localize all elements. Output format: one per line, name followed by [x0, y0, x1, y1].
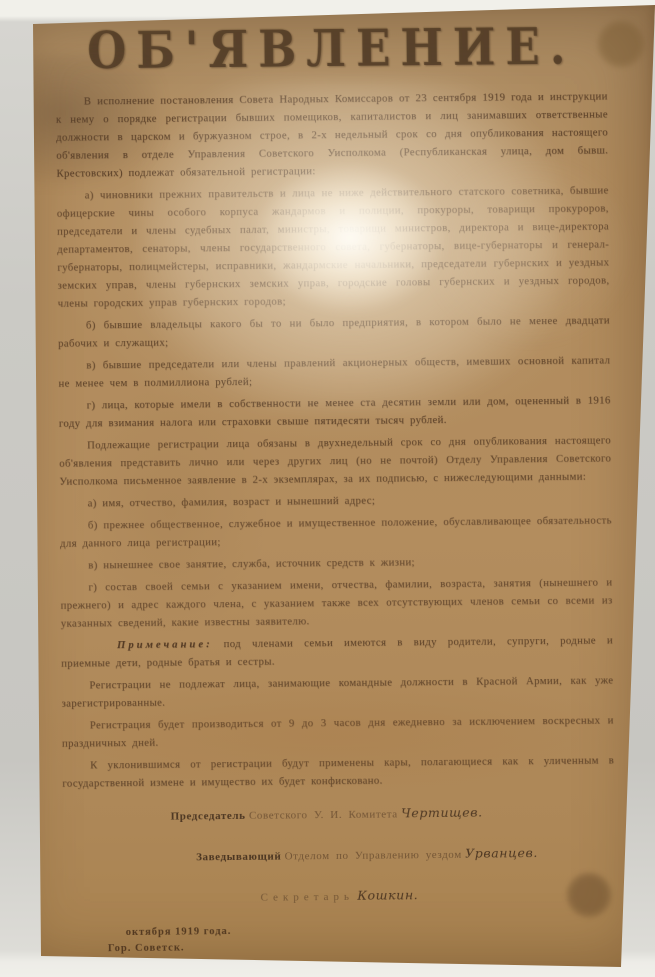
stain-bottom-right: [566, 872, 612, 918]
stain-top-right: [597, 20, 645, 68]
photo-frame: ОБ'ЯВЛЕНИЕ. В исполнение постановления С…: [0, 0, 655, 977]
poster: ОБ'ЯВЛЕНИЕ. В исполнение постановления С…: [0, 0, 655, 977]
flash-glare: [252, 160, 447, 315]
